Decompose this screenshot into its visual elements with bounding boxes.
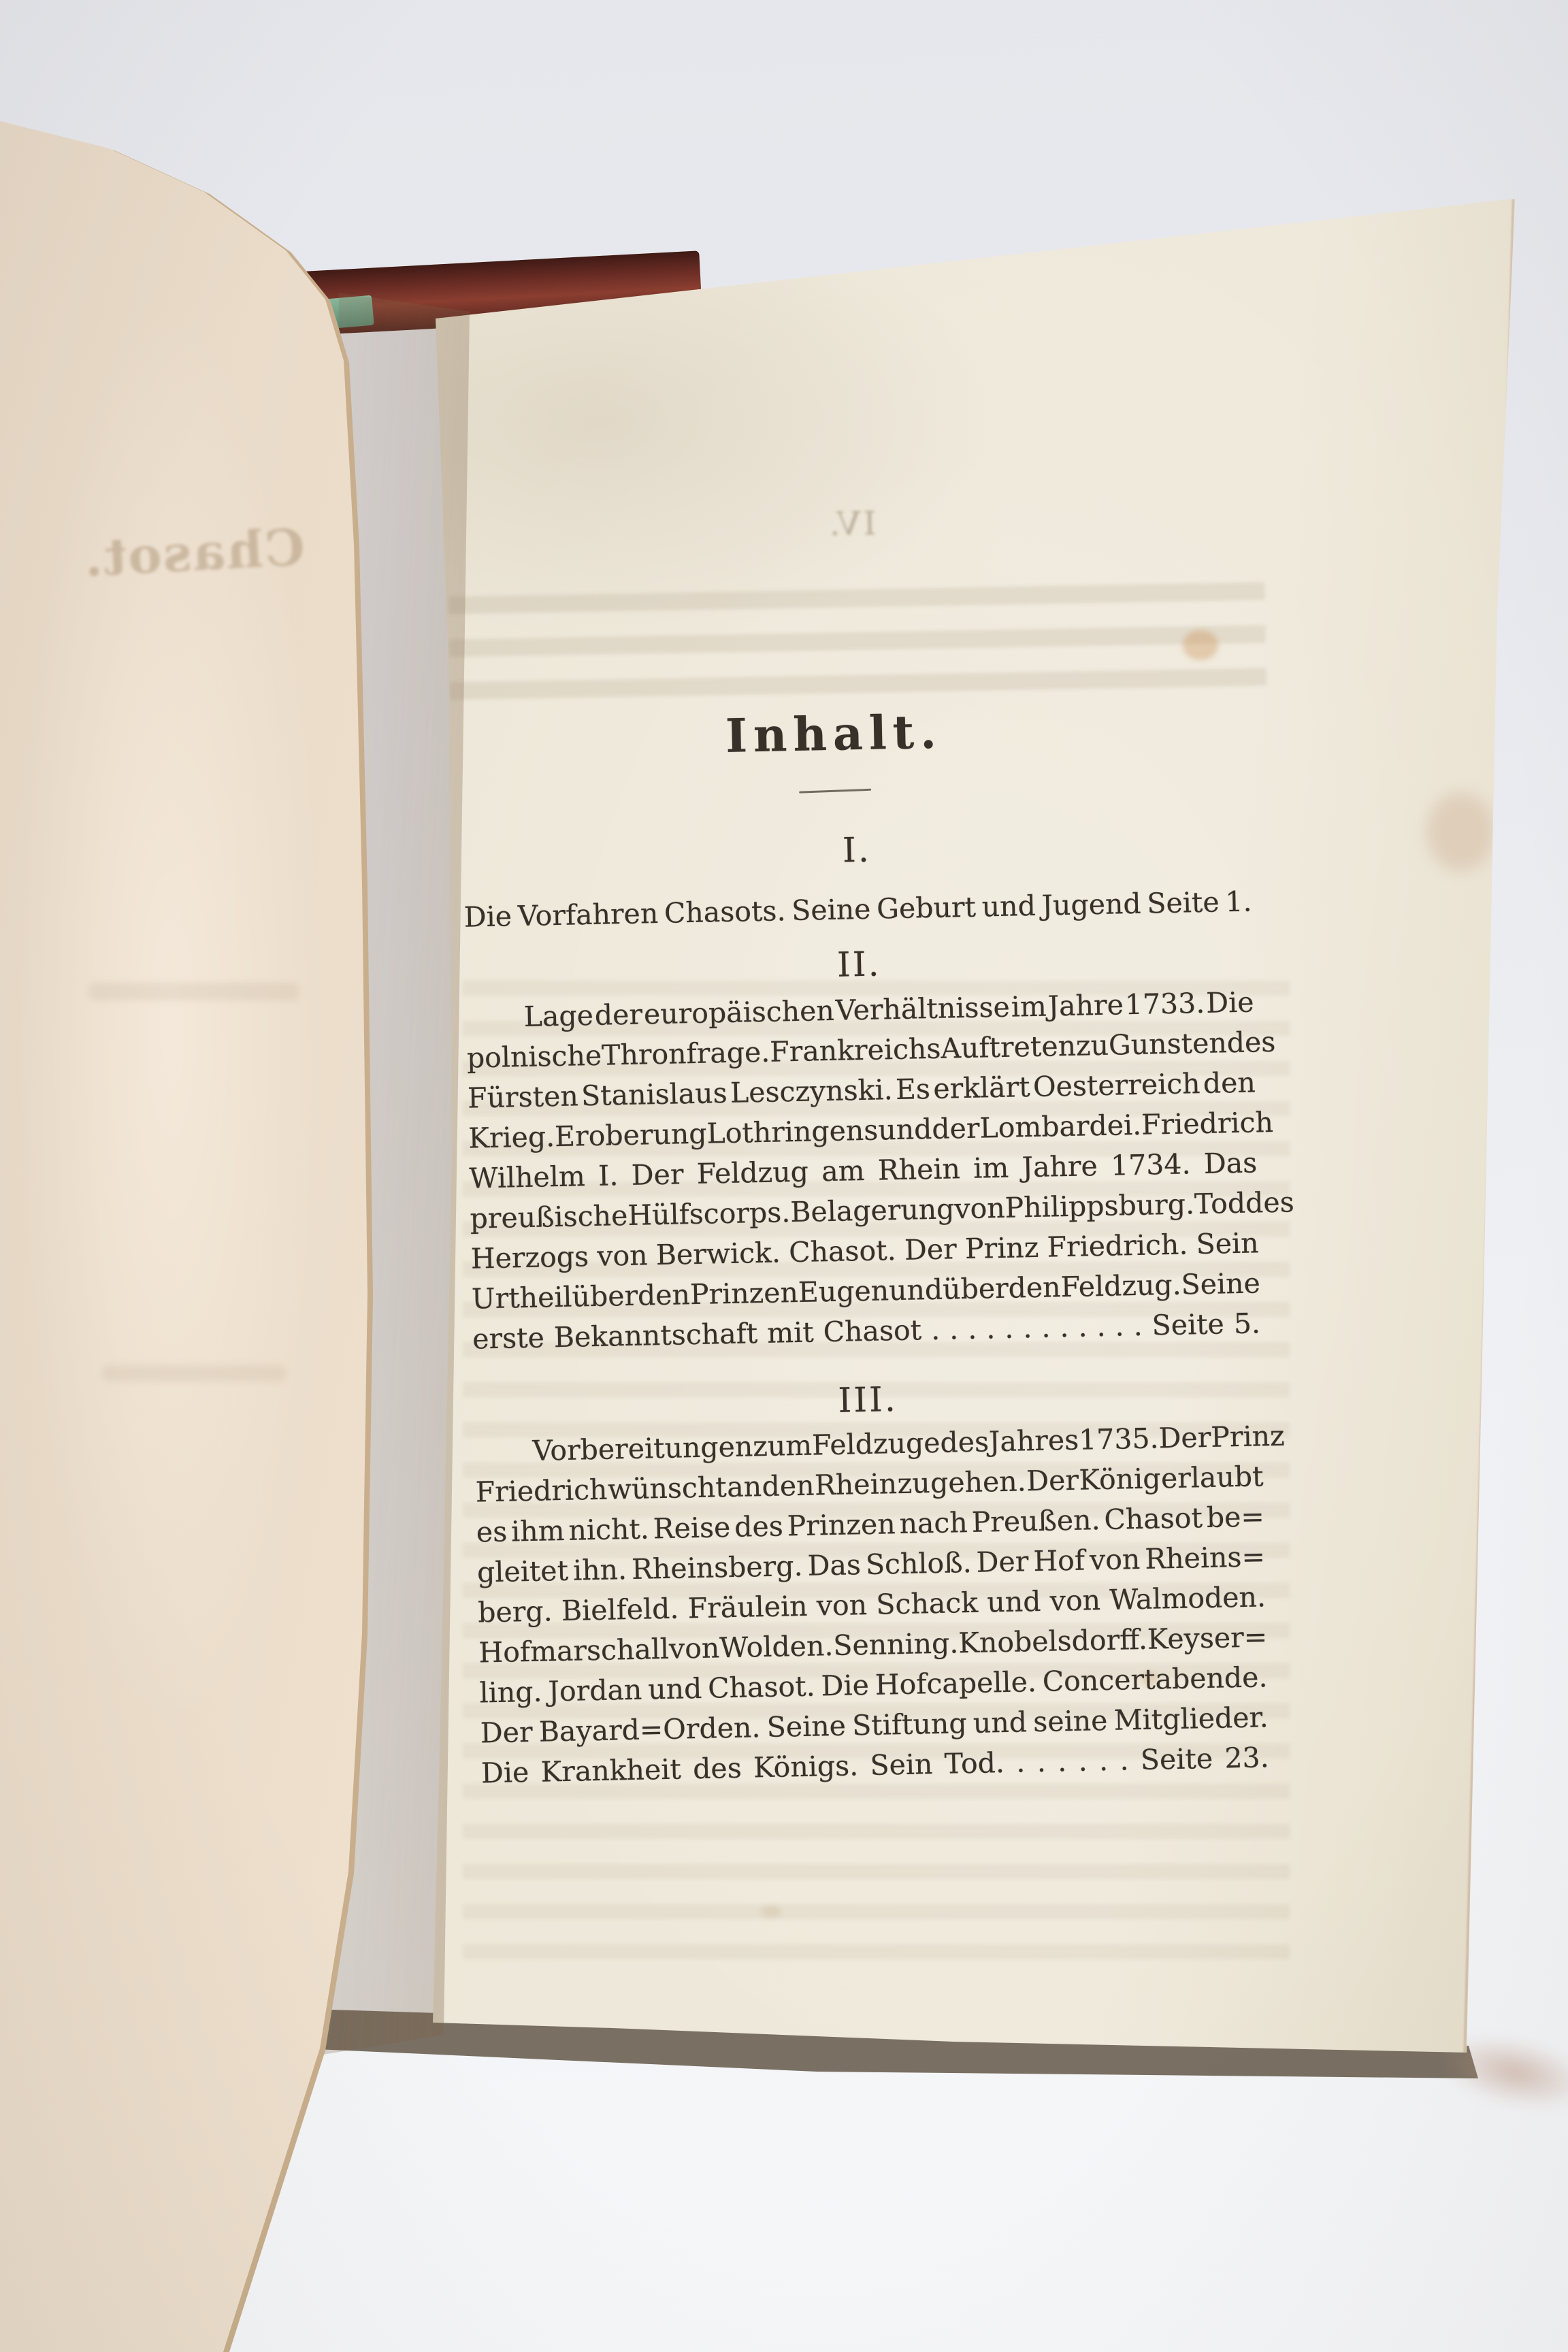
toc-word: Feldzuge — [812, 1426, 941, 1462]
toc-word: Feldzug — [696, 1156, 808, 1190]
section-numeral: II. — [465, 936, 1254, 992]
toc-word: Jahre — [1047, 988, 1124, 1022]
toc-word: König — [1079, 1462, 1161, 1496]
toc-word: nicht. — [568, 1512, 649, 1546]
toc-word: zu — [897, 1467, 930, 1500]
toc-word: Hof — [1033, 1544, 1085, 1578]
toc-word: am — [821, 1154, 865, 1188]
bleedthrough-numeral: IV. — [827, 504, 877, 543]
toc-word: Rheins= — [1145, 1540, 1265, 1575]
bleedthrough-line — [88, 983, 299, 1000]
toc-word: Tod. — [944, 1746, 1004, 1780]
toc-word: der — [932, 1112, 980, 1145]
toc-sections: I.DieVorfahrenChasots.SeineGeburtundJuge… — [459, 681, 1247, 697]
toc-word: Keyser= — [1147, 1620, 1267, 1656]
toc-word: Stanislaus — [581, 1077, 728, 1112]
toc-word: preußische — [470, 1199, 628, 1235]
toc-word: . — [1036, 1746, 1046, 1778]
toc-word: . — [1099, 1744, 1109, 1777]
toc-word: seine — [1033, 1704, 1108, 1738]
toc-word: des — [693, 1752, 742, 1785]
toc-word: . — [1058, 1745, 1067, 1778]
toc-word: Seite — [1147, 885, 1220, 919]
toc-word: Schloß. — [865, 1546, 972, 1581]
toc-word: Wilhelm — [469, 1160, 585, 1194]
toc-word: 5. — [1233, 1307, 1260, 1340]
toc-word: mit — [767, 1316, 814, 1350]
toc-word: Seine — [791, 893, 871, 927]
toc-word: Friedrich. — [1047, 1228, 1188, 1263]
toc-word: Oesterreich — [1032, 1067, 1200, 1103]
toc-word: nach — [899, 1506, 968, 1540]
toc-word: Walmoden. — [1109, 1580, 1267, 1616]
foxing-spot — [761, 1906, 781, 1918]
toc-word: zum — [753, 1429, 813, 1463]
toc-line: DieVorfahrenChasots.SeineGeburtundJugend… — [463, 885, 1252, 941]
foxing-spot — [1426, 793, 1494, 871]
toc-word: europäischen — [643, 994, 834, 1031]
toc-word: . — [931, 1313, 941, 1346]
toc-word: des — [940, 1425, 990, 1458]
bleedthrough-line — [102, 1365, 286, 1382]
toc-word: . — [1060, 1311, 1069, 1343]
toc-word: Das — [1203, 1146, 1257, 1180]
toc-word: Chasot. — [789, 1234, 896, 1269]
toc-word: über — [943, 1272, 1009, 1306]
toc-word: Sein — [870, 1748, 933, 1782]
toc-word: Seine — [766, 1710, 846, 1744]
toc-word: Rheinsberg. — [632, 1550, 803, 1586]
toc-word: Jahre — [1022, 1149, 1098, 1183]
toc-word: . — [1096, 1310, 1106, 1343]
toc-word: gehen. — [930, 1465, 1027, 1499]
section-paragraph: VorbereitungenzumFeldzugedesJahres1735.D… — [474, 1420, 1269, 1797]
toc-word: Das — [807, 1548, 861, 1582]
toc-word: des — [734, 1509, 784, 1543]
toc-word: und — [648, 1672, 702, 1706]
toc-word: Prinzen — [787, 1507, 896, 1542]
toc-word: Seine — [1181, 1267, 1260, 1301]
toc-word: Fräulein — [687, 1590, 808, 1625]
toc-word: den — [1203, 1066, 1256, 1100]
toc-word: Schack — [876, 1586, 979, 1621]
toc-word: und — [981, 889, 1036, 924]
toc-word: . — [1016, 1746, 1026, 1778]
toc-word: . — [1078, 1310, 1088, 1343]
toc-word: Berwick. — [655, 1236, 781, 1271]
toc-word: 1. — [1225, 885, 1252, 918]
toc-word: Bielfeld. — [561, 1592, 679, 1627]
toc-word: Krankheit — [540, 1753, 681, 1788]
toc-word: Vorfahren — [517, 897, 658, 932]
toc-word: Thronfrage. — [602, 1036, 770, 1072]
toc-word: Seite — [1151, 1307, 1224, 1341]
toc-word: Es — [895, 1073, 930, 1106]
toc-word: gleitet — [477, 1554, 569, 1589]
toc-word: Geburt — [877, 891, 977, 926]
toc-word: Mitglieder. — [1113, 1701, 1269, 1737]
toc-word: . — [1120, 1744, 1129, 1776]
toc-word: Der — [480, 1716, 533, 1750]
toc-word: be= — [1206, 1500, 1264, 1534]
toc-word: von — [669, 1631, 720, 1665]
toc-word: 1735. — [1079, 1422, 1159, 1456]
toc-word: Friedrich — [1141, 1106, 1274, 1141]
toc-word: an — [727, 1470, 762, 1503]
section-paragraph: LagedereuropäischenVerhältnisseimJahre17… — [465, 985, 1260, 1362]
toc-word: wünscht — [607, 1471, 727, 1505]
toc-word: polnische — [466, 1039, 602, 1075]
toc-word: Stiftung — [852, 1707, 967, 1742]
foxing-spot — [1183, 630, 1218, 660]
toc-word: Jahres — [989, 1424, 1079, 1458]
toc-word: Jordan — [548, 1673, 642, 1708]
toc-word: den — [638, 1278, 691, 1312]
toc-word: Preußen. — [971, 1503, 1100, 1539]
toc-word: 1734. — [1111, 1147, 1191, 1181]
section-paragraph: DieVorfahrenChasots.SeineGeburtundJugend… — [463, 885, 1252, 941]
toc-word: und — [973, 1705, 1027, 1739]
toc-word: den — [762, 1469, 815, 1503]
toc-word: von — [954, 1192, 1005, 1225]
toc-word: Seite — [1140, 1742, 1213, 1776]
toc-word: und — [987, 1585, 1041, 1619]
toc-word: Lesczynski. — [730, 1073, 893, 1109]
toc-word: erste — [472, 1321, 545, 1355]
section-numeral: I. — [462, 823, 1251, 878]
toc-word: Gunsten — [1109, 1026, 1228, 1061]
bleedthrough-title: Chasot. — [73, 518, 314, 589]
toc-word: des — [1226, 1026, 1276, 1059]
toc-word: im — [973, 1151, 1009, 1185]
toc-word: Tod — [1194, 1187, 1246, 1220]
toc-word: erlaubt — [1160, 1460, 1263, 1494]
toc-word: Chasots. — [664, 894, 786, 930]
toc-word: Bekanntschaft — [553, 1317, 757, 1354]
section-numeral: III. — [474, 1372, 1262, 1427]
toc-word: Senning. — [833, 1627, 959, 1662]
title-divider — [799, 789, 871, 794]
toc-word: Concertabende. — [1042, 1661, 1268, 1698]
photo-scene: IV. Inhalt. I.DieVorfahrenChasots.SeineG… — [0, 0, 1568, 2352]
toc-word: Sein — [1196, 1226, 1259, 1260]
toc-word: Rhein — [877, 1152, 960, 1186]
toc-word: Die — [463, 900, 512, 933]
toc-word: von — [1090, 1543, 1141, 1576]
toc-word: . — [1133, 1309, 1143, 1342]
toc-word: Der — [904, 1232, 957, 1267]
toc-word: Lothringens — [706, 1114, 879, 1150]
toc-word: 23. — [1224, 1741, 1269, 1774]
toc-word: Prinz — [965, 1231, 1039, 1265]
toc-word: Hülfscorps. — [627, 1196, 791, 1232]
toc-word: Chasot — [1104, 1501, 1203, 1536]
toc-word: Herzogs — [470, 1240, 589, 1275]
toc-word: Lombardei. — [979, 1109, 1142, 1145]
toc-word: Hofmarschall — [478, 1633, 670, 1669]
toc-word: von — [816, 1588, 867, 1622]
toc-word: berg. — [478, 1595, 553, 1629]
toc-word: Belagerung — [790, 1192, 955, 1228]
toc-word: Wolden. — [719, 1629, 834, 1664]
toc-word: Die — [481, 1756, 529, 1789]
toc-word: ihm — [511, 1514, 565, 1548]
table-of-contents: Inhalt. I.DieVorfahrenChasots.SeineGebur… — [459, 681, 1270, 1840]
toc-word: des — [1245, 1186, 1295, 1219]
toc-word: . — [1041, 1311, 1051, 1344]
toc-word: den — [1008, 1271, 1061, 1305]
toc-word: Chasot. — [708, 1670, 815, 1705]
toc-word: es — [476, 1516, 507, 1549]
toc-word: Fürsten — [468, 1079, 579, 1114]
page-title: Inhalt. — [440, 699, 1228, 769]
toc-word: . — [968, 1313, 977, 1345]
toc-word: Die — [821, 1669, 869, 1702]
toc-word: Knobelsdorff. — [958, 1623, 1148, 1660]
toc-word: ihn. — [573, 1553, 627, 1587]
toc-word: Eroberung — [555, 1117, 707, 1153]
toc-word: Der — [1026, 1464, 1079, 1498]
toc-word: Eugen — [798, 1274, 889, 1309]
toc-word: Frankreichs — [770, 1032, 941, 1068]
toc-word: Der — [631, 1158, 684, 1192]
toc-word: . — [1078, 1745, 1088, 1778]
toc-word: Prinz — [1211, 1420, 1285, 1454]
toc-word: Bayard=Orden. — [538, 1711, 760, 1748]
toc-word: Jugend — [1041, 887, 1141, 922]
toc-word: Rhein — [815, 1467, 898, 1501]
toc-word: Urtheil — [472, 1281, 572, 1316]
toc-word: Hofcapelle. — [875, 1665, 1036, 1701]
toc-word: Königs. — [753, 1749, 859, 1784]
toc-word: Friedrich — [475, 1473, 608, 1509]
toc-word: Auftreten — [941, 1030, 1077, 1065]
toc-word: zu — [1076, 1029, 1109, 1062]
toc-word: . — [1023, 1311, 1032, 1344]
toc-word: von — [597, 1239, 648, 1272]
toc-word: . — [986, 1312, 996, 1345]
toc-word: der — [594, 998, 642, 1031]
toc-word: Lage — [523, 999, 593, 1033]
toc-word: . — [1115, 1309, 1124, 1342]
toc-word: Feldzug. — [1060, 1269, 1181, 1304]
toc-word: und — [878, 1113, 932, 1147]
toc-word: im — [1011, 990, 1047, 1024]
toc-word: . — [949, 1313, 959, 1345]
toc-word: Die — [1206, 985, 1254, 1019]
toc-word: Krieg. — [468, 1120, 555, 1155]
toc-word: von — [1049, 1584, 1100, 1617]
toc-word: Vorbereitungen — [532, 1430, 753, 1467]
toc-word: Reise — [653, 1511, 731, 1545]
toc-word: ling. — [479, 1676, 542, 1710]
toc-word: I. — [598, 1159, 619, 1192]
toc-word: Chasot — [823, 1313, 921, 1348]
toc-word: 1733. — [1124, 987, 1205, 1021]
toc-word: Philippsburg. — [1004, 1188, 1194, 1224]
toc-word: Der — [1158, 1421, 1211, 1455]
toc-word: Prinzen — [689, 1276, 798, 1311]
toc-word: erklärt — [933, 1071, 1030, 1105]
toc-word: . — [1004, 1312, 1014, 1345]
toc-word: und — [889, 1273, 943, 1307]
toc-word: Der — [976, 1545, 1029, 1579]
toc-word: über — [572, 1279, 638, 1313]
toc-word: Verhältnisse — [835, 991, 1010, 1027]
page-fore-edge — [1463, 199, 1514, 2056]
